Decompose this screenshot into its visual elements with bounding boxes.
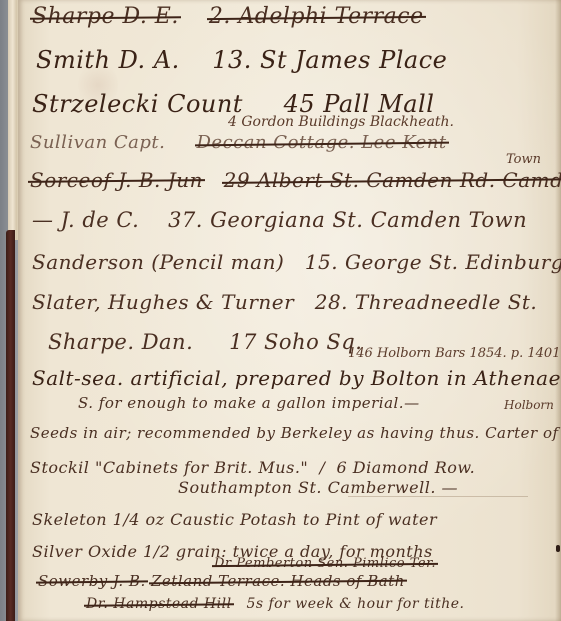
entry-smith-da: Smith D. A. 13. St James Place — [36, 46, 447, 74]
margin-ink-mark — [556, 545, 560, 552]
entry-address: 28. Threadneedle St. — [315, 290, 538, 314]
note-sowerby-overwrite-top: Dr Pemberton Sen. Pimlico Ter. — [214, 556, 436, 571]
note-sowerby-name: Sowerby J. B. — [38, 572, 146, 590]
entry-name: Sorceof J. B. Jun — [30, 168, 203, 192]
entry-address: 29 Albert St. Camden Rd. Camden — [224, 168, 561, 192]
note-stockil-text: Stockil "Cabinets for Brit. Mus." — [30, 458, 308, 477]
note-stockil-address: Southampton St. Camberwell. — — [178, 478, 458, 497]
entry-sullivan-annotation: 4 Gordon Buildings Blackheath. — [228, 114, 454, 130]
entry-address: 37. Georgiana St. Camden Town — [168, 208, 527, 232]
note-stockil: Stockil "Cabinets for Brit. Mus." / 6 Di… — [30, 458, 475, 477]
entry-sanderson: Sanderson (Pencil man) 15. George St. Ed… — [32, 250, 561, 274]
note-hampstead-struck: Dr. Hampstead Hill — [86, 596, 232, 612]
entry-sharpe-de: Sharpe D. E. 2. Adelphi Terrace — [32, 4, 424, 29]
page-fold-shadow — [555, 0, 561, 621]
entry-name: Sullivan Capt. — [30, 132, 165, 153]
note-stockil-continuation: 6 Diamond Row. — [337, 458, 476, 477]
separator-rule — [348, 496, 528, 497]
notebook-page: Sharpe D. E. 2. Adelphi Terrace Smith D.… — [18, 0, 561, 621]
note-seeds: Seeds in air; recommended by Berkeley as… — [30, 424, 559, 442]
entry-sharpe-dan: Sharpe. Dan. 17 Soho Sq. — [48, 330, 362, 354]
entry-name: Sanderson (Pencil man) — [32, 250, 284, 274]
note-sowerby: Sowerby J. B. Zetland Terrace. Heads of … — [38, 572, 405, 590]
entry-address: Deccan Cottage. Lee Kent — [197, 132, 447, 153]
note-salt-sea-cont: S. for enough to make a gallon imperial.… — [78, 394, 420, 412]
leather-binding-edge — [6, 230, 15, 621]
entry-sullivan: Sullivan Capt. Deccan Cottage. Lee Kent — [30, 132, 447, 153]
entry-sorceof-annotation: Town — [506, 152, 541, 167]
note-hampstead: Dr. Hampstead Hill 5s for week & hour fo… — [86, 596, 464, 612]
note-salt-sea-annotation: 146 Holborn Bars 1854. p. 1401 — [348, 346, 560, 361]
entry-name: Smith D. A. — [36, 46, 180, 74]
note-salt-sea: Salt-sea. artificial, prepared by Bolton… — [32, 366, 561, 390]
entry-name: Sharpe D. E. — [32, 4, 179, 29]
note-seeds-annotation: Holborn — [504, 398, 554, 412]
note-sowerby-overwrite-mid: Zetland Terrace. Heads of Bath — [151, 572, 405, 590]
entry-name: Sharpe. Dan. — [48, 330, 193, 354]
manuscript-scan: Sharpe D. E. 2. Adelphi Terrace Smith D.… — [0, 0, 561, 621]
entry-name: Strzelecki Count — [32, 90, 243, 118]
entry-address: 13. St James Place — [212, 46, 447, 74]
note-skeleton: Skeleton 1/4 oz Caustic Potash to Pint o… — [32, 510, 437, 529]
entry-slater: Slater, Hughes & Turner 28. Threadneedle… — [32, 290, 537, 314]
entry-sorceof: Sorceof J. B. Jun 29 Albert St. Camden R… — [30, 168, 561, 192]
entry-address: 17 Soho Sq. — [229, 330, 362, 354]
entry-jdec: — J. de C. 37. Georgiana St. Camden Town — [32, 208, 527, 232]
entry-name: Slater, Hughes & Turner — [32, 290, 294, 314]
entry-name: — J. de C. — [32, 208, 139, 232]
entry-address: 2. Adelphi Terrace — [209, 4, 424, 29]
entry-address: 15. George St. Edinburgh — [305, 250, 561, 274]
note-hampstead-continuation: 5s for week & hour for tithe. — [246, 596, 464, 612]
